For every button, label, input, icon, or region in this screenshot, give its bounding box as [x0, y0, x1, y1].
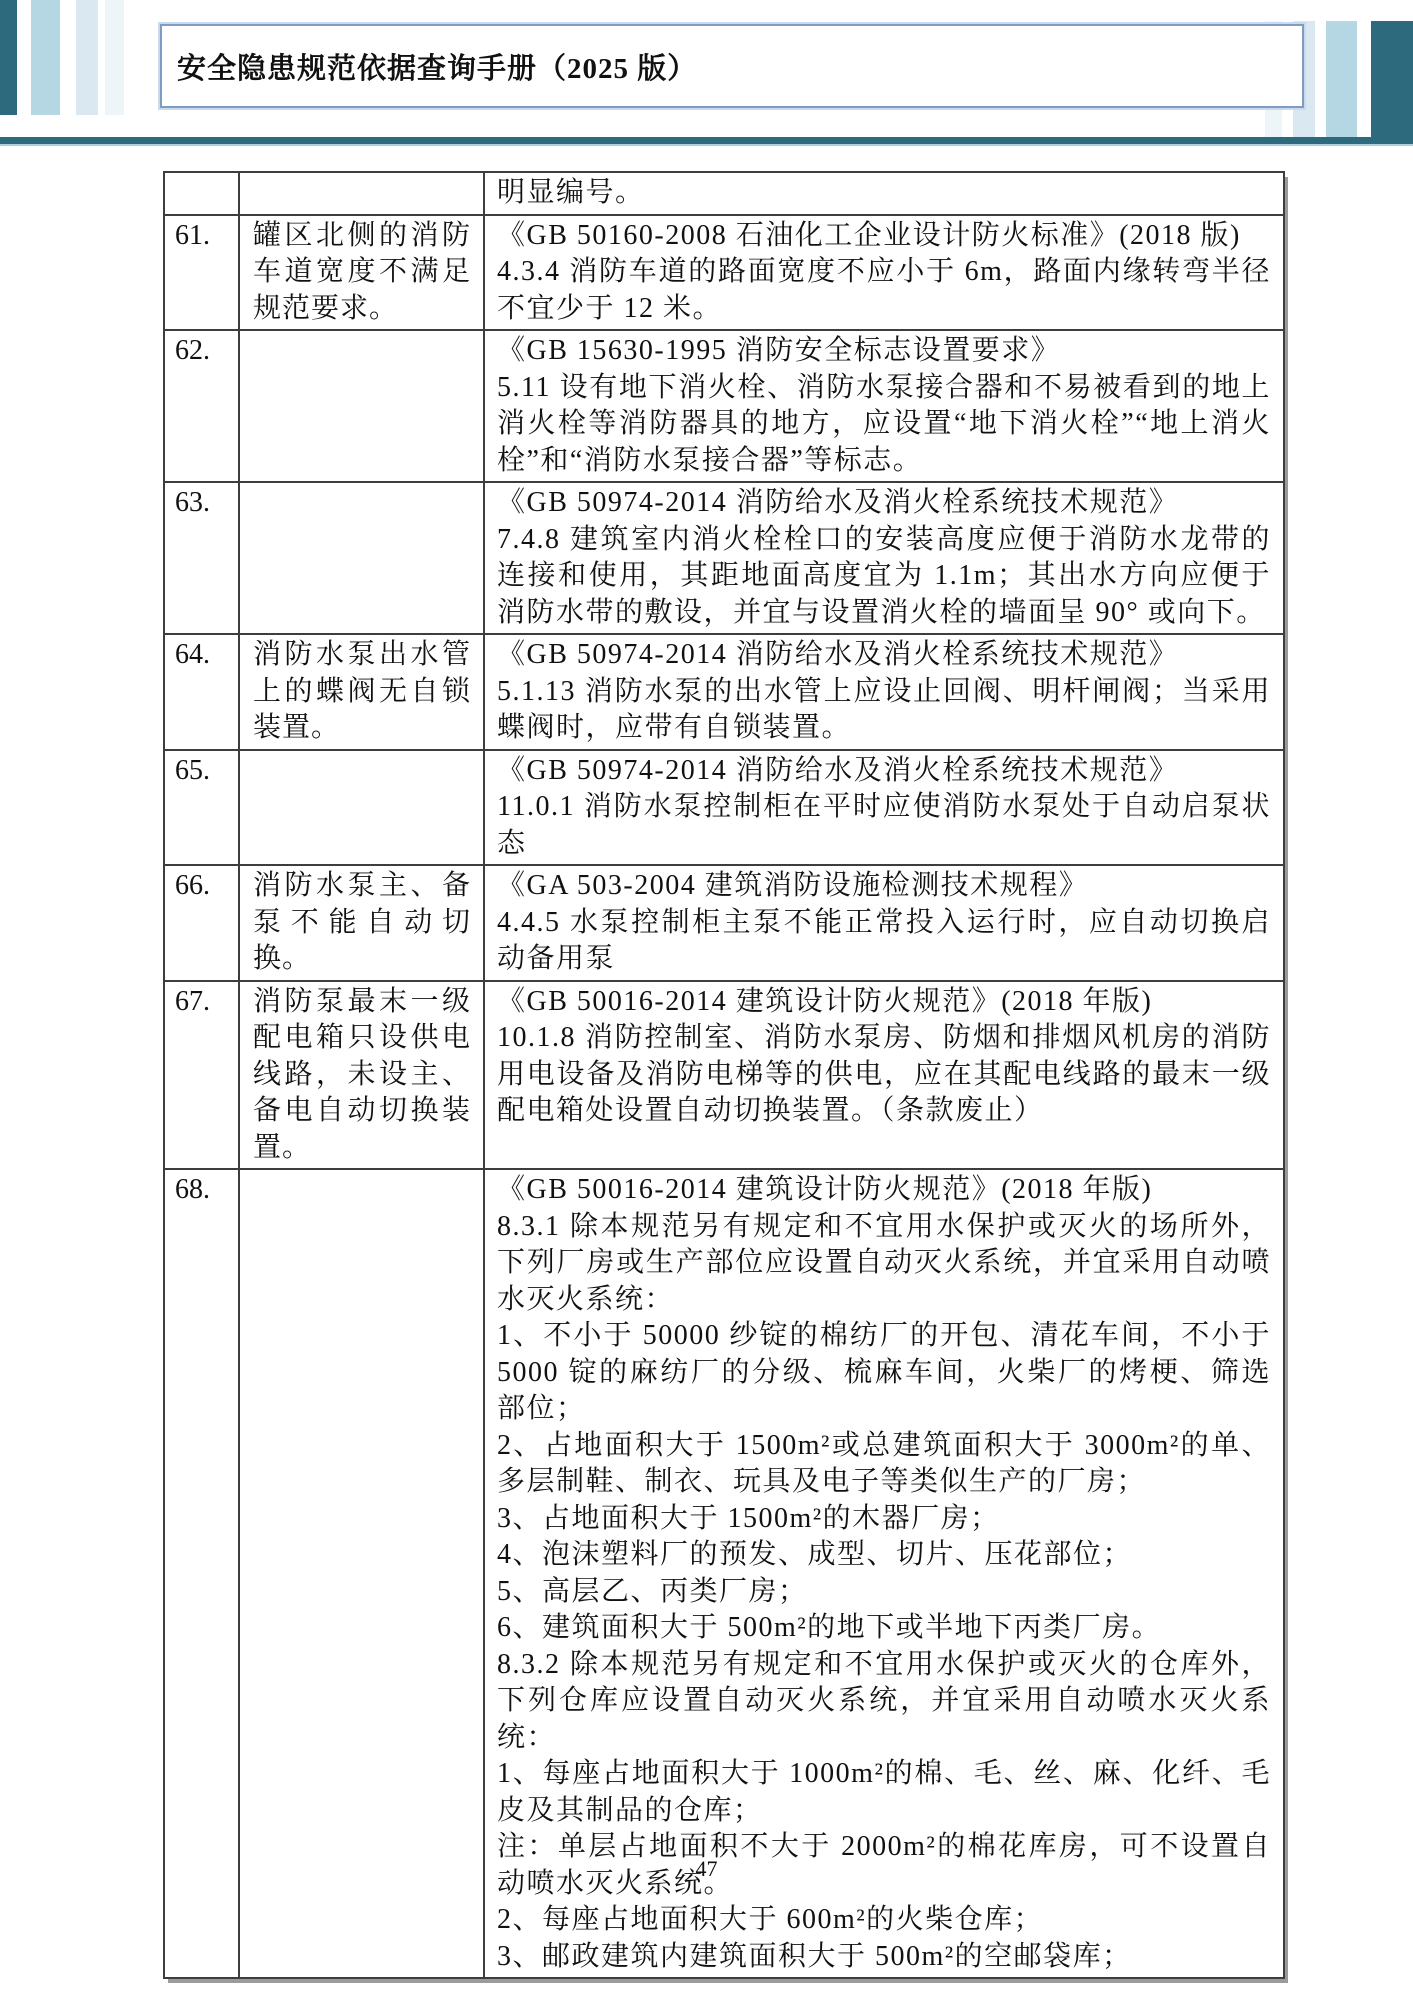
hazard-desc-cell: 消防水泵出水管上的蝶阀无自锁装置。 — [239, 634, 484, 750]
table-row: 63. 《GB 50974-2014 消防给水及消火栓系统技术规范》 7.4.8… — [164, 482, 1284, 634]
hazard-desc-cell: 消防水泵主、备泵不能自动切换。 — [239, 865, 484, 981]
hazard-desc-cell: 消防泵最末一级配电箱只设供电线路，未设主、备电自动切换装置。 — [239, 981, 484, 1170]
regulation-cell: 《GB 15630-1995 消防安全标志设置要求》 5.11 设有地下消火栓、… — [484, 330, 1284, 482]
table-row: 65. 《GB 50974-2014 消防给水及消火栓系统技术规范》 11.0.… — [164, 750, 1284, 866]
row-number-cell: 66. — [164, 865, 239, 981]
decor-bar-left-light — [76, 0, 98, 115]
regulation-cell: 《GB 50160-2008 石油化工企业设计防火标准》(2018 版) 4.3… — [484, 215, 1284, 331]
regulation-cell: 《GB 50974-2014 消防给水及消火栓系统技术规范》 11.0.1 消防… — [484, 750, 1284, 866]
row-number-cell: 67. — [164, 981, 239, 1170]
hazard-desc-cell — [239, 172, 484, 215]
table-row: 明显编号。 — [164, 172, 1284, 215]
row-number-cell: 65. — [164, 750, 239, 866]
header-rule — [0, 137, 1413, 144]
hazard-desc-cell: 罐区北侧的消防车道宽度不满足规范要求。 — [239, 215, 484, 331]
row-number-cell: 64. — [164, 634, 239, 750]
page-title: 安全隐患规范依据查询手册（2025 版） — [177, 46, 697, 87]
hazard-desc-cell — [239, 330, 484, 482]
regulation-cell: 《GA 503-2004 建筑消防设施检测技术规程》 4.4.5 水泵控制柜主泵… — [484, 865, 1284, 981]
row-number-cell: 61. — [164, 215, 239, 331]
hazard-desc-cell — [239, 482, 484, 634]
title-box: 安全隐患规范依据查询手册（2025 版） — [160, 24, 1304, 108]
decor-bar-right-dark — [1371, 21, 1413, 143]
hazard-desc-cell — [239, 750, 484, 866]
regulation-cell: 明显编号。 — [484, 172, 1284, 215]
decor-bar-right-medium — [1326, 21, 1357, 137]
table-row: 62. 《GB 15630-1995 消防安全标志设置要求》 5.11 设有地下… — [164, 330, 1284, 482]
decor-bar-left-dark — [0, 0, 17, 115]
decor-bar-left-lightest — [105, 0, 124, 115]
table-row: 64. 消防水泵出水管上的蝶阀无自锁装置。 《GB 50974-2014 消防给… — [164, 634, 1284, 750]
regulation-cell: 《GB 50016-2014 建筑设计防火规范》(2018 年版) 10.1.8… — [484, 981, 1284, 1170]
page-number: 47 — [0, 1856, 1413, 1882]
table-row: 66. 消防水泵主、备泵不能自动切换。 《GA 503-2004 建筑消防设施检… — [164, 865, 1284, 981]
row-number-cell: 62. — [164, 330, 239, 482]
regulation-cell: 《GB 50974-2014 消防给水及消火栓系统技术规范》 7.4.8 建筑室… — [484, 482, 1284, 634]
row-number-cell: 63. — [164, 482, 239, 634]
regulation-cell: 《GB 50974-2014 消防给水及消火栓系统技术规范》 5.1.13 消防… — [484, 634, 1284, 750]
row-number-cell — [164, 172, 239, 215]
hazard-table: 明显编号。 61. 罐区北侧的消防车道宽度不满足规范要求。 《GB 50160-… — [163, 171, 1285, 1979]
table-row: 67. 消防泵最末一级配电箱只设供电线路，未设主、备电自动切换装置。 《GB 5… — [164, 981, 1284, 1170]
hazard-table-container: 明显编号。 61. 罐区北侧的消防车道宽度不满足规范要求。 《GB 50160-… — [163, 171, 1285, 1979]
table-row: 61. 罐区北侧的消防车道宽度不满足规范要求。 《GB 50160-2008 石… — [164, 215, 1284, 331]
document-page: 安全隐患规范依据查询手册（2025 版） 明显编号。 61. 罐区北侧的消防车道… — [0, 0, 1413, 2000]
decor-bar-left-medium — [31, 0, 60, 115]
header-rule-underline — [0, 144, 1413, 146]
